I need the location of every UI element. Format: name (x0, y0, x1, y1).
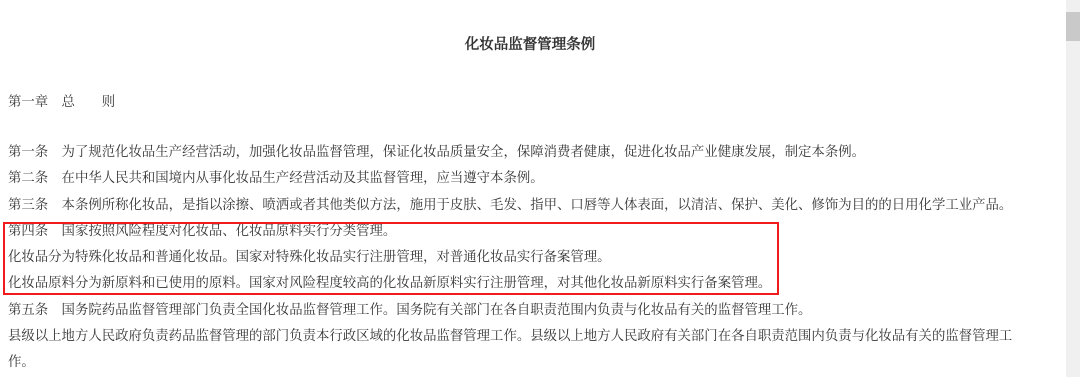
chapter-heading: 第一章 总 则 (8, 94, 115, 110)
article-4-paragraph-3-line: 化妆品原料分为新原料和已使用的原料。国家对风险程度较高的化妆品新原料实行注册管理… (8, 270, 1012, 296)
article-1-line: 第一条 为了规范化妆品生产经营活动，加强化妆品监督管理，保证化妆品质量安全，保障… (8, 139, 1012, 165)
scrollbar-thumb[interactable] (1066, 12, 1080, 41)
document-page: 化妆品监督管理条例 第一章 总 则 第一条 为了规范化妆品生产经营活动，加强化妆… (0, 0, 1080, 377)
article-4-line: 第四条 国家按照风险程度对化妆品、化妆品原料实行分类管理。 (8, 218, 1012, 244)
article-4-paragraph-2-line: 化妆品分为特殊化妆品和普通化妆品。国家对特殊化妆品实行注册管理，对普通化妆品实行… (8, 244, 1012, 270)
article-5-line: 第五条 国务院药品监督管理部门负责全国化妆品监督管理工作。国务院有关部门在各自职… (8, 297, 1012, 323)
article-2-line: 第二条 在中华人民共和国境内从事化妆品生产经营活动及其监督管理，应当遵守本条例。 (8, 165, 1012, 191)
article-3-line: 第三条 本条例所称化妆品，是指以涂擦、喷洒或者其他类似方法，施用于皮肤、毛发、指… (8, 192, 1012, 218)
document-body: 第一条 为了规范化妆品生产经营活动，加强化妆品监督管理，保证化妆品质量安全，保障… (8, 139, 1012, 375)
article-5-paragraph-2-wrap-line: 作。 (8, 349, 1012, 375)
article-5-paragraph-2-line: 县级以上地方人民政府负责药品监督管理的部门负责本行政区域的化妆品监督管理工作。县… (8, 323, 1012, 349)
scrollbar-track[interactable] (1066, 0, 1080, 377)
document-title: 化妆品监督管理条例 (0, 37, 1060, 53)
